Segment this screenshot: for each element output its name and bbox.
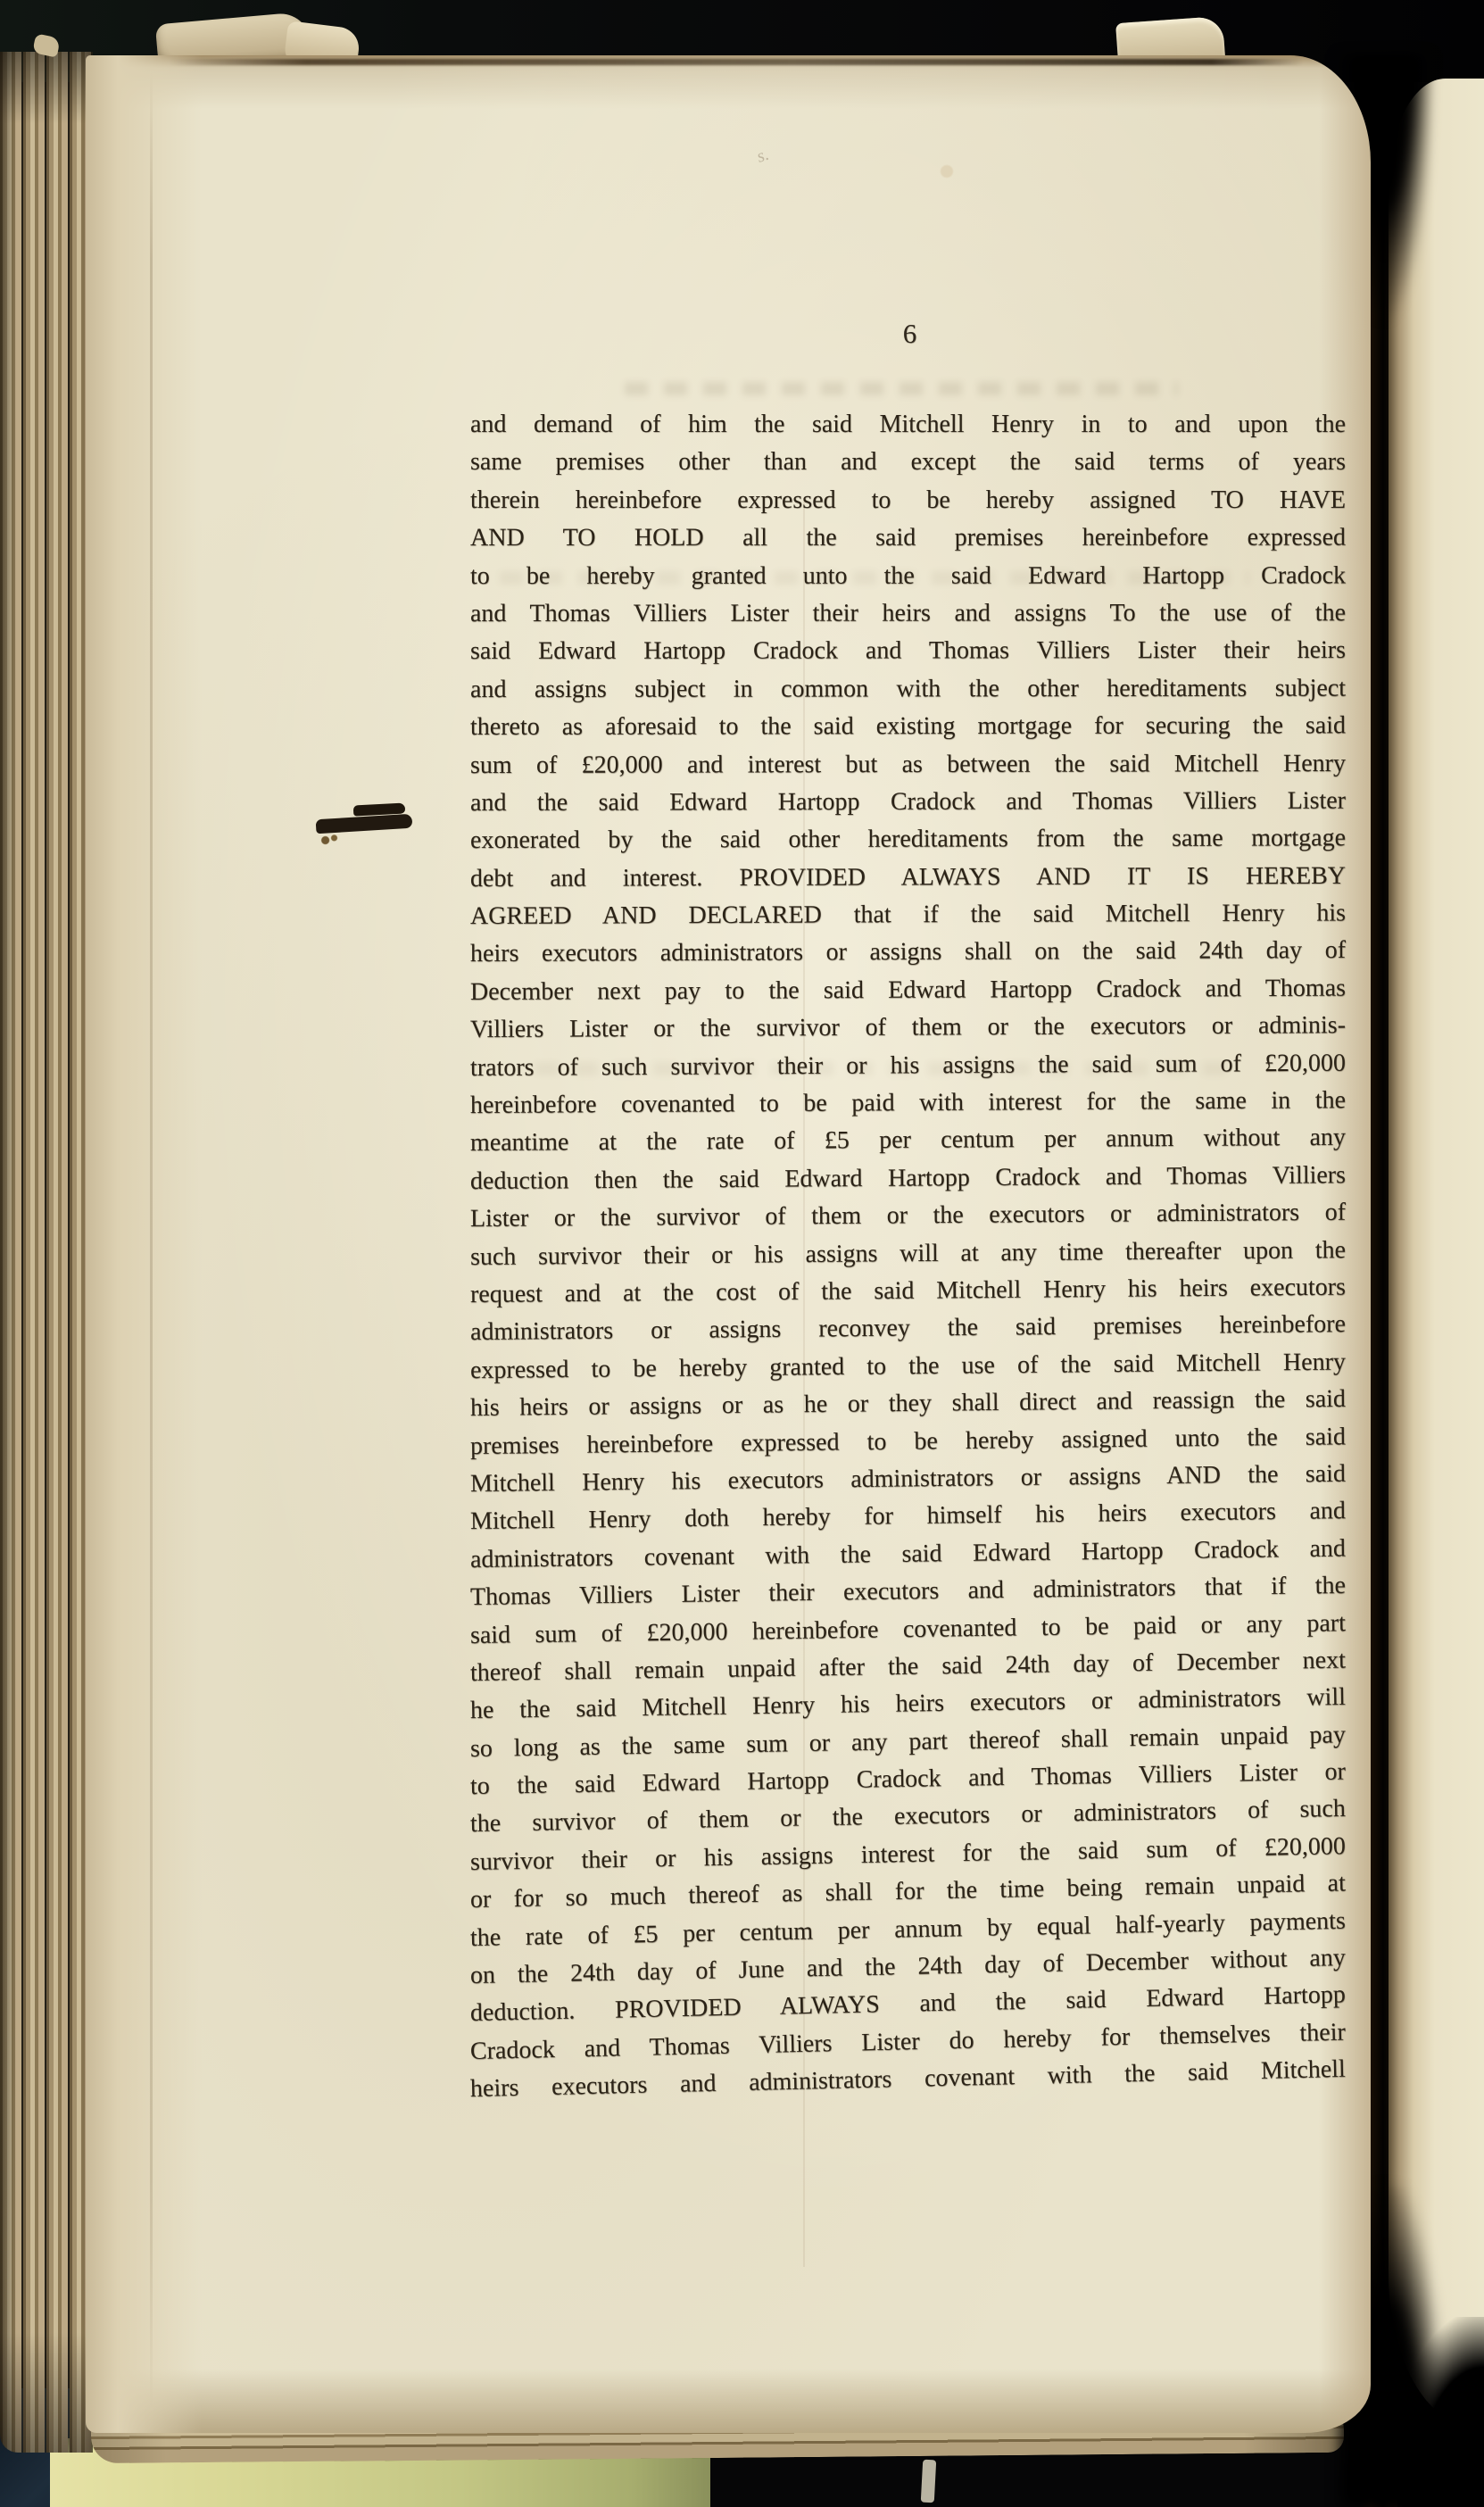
- paper-scrap: [921, 2460, 936, 2503]
- text-line: therein hereinbefore expressed to be her…: [470, 482, 1346, 520]
- text-line: said Edward Hartopp Cradock and Thomas V…: [470, 632, 1346, 671]
- binding-crease-line: [150, 71, 153, 2410]
- book-scan: s. 6 and demand of him the said Mitchell…: [0, 0, 1484, 2507]
- text-line: and demand of him the said Mitchell Henr…: [470, 406, 1346, 444]
- text-line: Lister or the survivor of them or the ex…: [470, 1194, 1346, 1239]
- page-text: and demand of him the said Mitchell Henr…: [470, 406, 1346, 2109]
- show-through-text: [625, 382, 1178, 395]
- text-line: December next pay to the said Edward Har…: [470, 969, 1346, 1011]
- text-line: Villiers Lister or the survivor of them …: [470, 1007, 1346, 1049]
- text-line: sum of £20,000 and interest but as betwe…: [470, 744, 1346, 784]
- ink-speck: [319, 834, 339, 846]
- text-line: meantime at the rate of £5 per centum pe…: [470, 1119, 1346, 1163]
- text-line: to be hereby granted unto the said Edwar…: [470, 557, 1346, 595]
- text-line: heirs executors administrators or assign…: [470, 932, 1346, 973]
- text-line: exonerated by the said other hereditamen…: [470, 820, 1346, 860]
- text-line: AND TO HOLD all the said premises herein…: [470, 519, 1346, 558]
- text-line: and assigns subject in common with the o…: [470, 669, 1346, 709]
- text-line: AGREED AND DECLARED that if the said Mit…: [470, 894, 1346, 935]
- page-top-scorch-mark: [170, 59, 1303, 65]
- text-line: and Thomas Villiers Lister their heirs a…: [470, 594, 1346, 633]
- page-number: 6: [879, 318, 941, 350]
- text-line: thereto as aforesaid to the said existin…: [470, 707, 1346, 746]
- text-line: hereinbefore covenanted to be paid with …: [470, 1082, 1346, 1125]
- text-line: trators of such survivor their or his as…: [470, 1044, 1346, 1087]
- text-line: debt and interest. PROVIDED ALWAYS AND I…: [470, 858, 1346, 899]
- text-line: same premises other than and except the …: [470, 444, 1346, 481]
- facing-page-edge: [1389, 79, 1484, 2426]
- text-line: and the said Edward Hartopp Cradock and …: [470, 782, 1346, 822]
- book-page-stack-edge: [0, 52, 93, 2453]
